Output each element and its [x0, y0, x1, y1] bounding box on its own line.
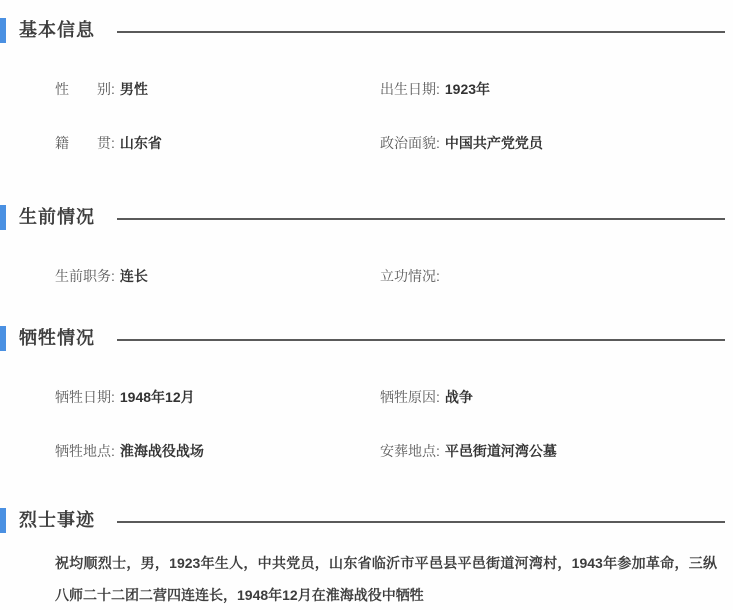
section-header-basic-info: 基本信息: [0, 18, 733, 43]
field-gender: 性 别:男性: [55, 81, 380, 97]
section-before-death: 生前情况 生前职务:连长 立功情况:: [0, 205, 733, 284]
martyr-biography: 祝均顺烈士，男，1923年生人，中共党员，山东省临沂市平邑县平邑街道河湾村，19…: [55, 547, 717, 610]
section-title: 生前情况: [19, 205, 95, 230]
field-label: 牺牲日期:: [55, 389, 115, 405]
section-deeds: 烈士事迹 祝均顺烈士，男，1923年生人，中共党员，山东省临沂市平邑县平邑街道河…: [0, 508, 733, 610]
field-label: 籍 贯:: [55, 135, 115, 151]
accent-bar: [0, 326, 6, 351]
accent-bar: [0, 508, 6, 533]
accent-bar: [0, 205, 6, 230]
field-grid-before-death: 生前职务:连长 立功情况:: [0, 268, 733, 284]
field-value: 1948年12月: [120, 389, 195, 405]
field-label: 立功情况:: [380, 268, 440, 284]
field-label: 牺牲地点:: [55, 443, 115, 459]
accent-bar: [0, 18, 6, 43]
field-merit-record: 立功情况:: [380, 268, 733, 284]
field-value: 男性: [120, 81, 148, 97]
field-value: 战争: [445, 389, 473, 405]
field-burial-place: 安葬地点:平邑街道河湾公墓: [380, 443, 733, 459]
field-grid-sacrifice: 牺牲日期:1948年12月 牺牲原因:战争 牺牲地点:淮海战役战场 安葬地点:平…: [0, 389, 733, 459]
field-position-before-death: 生前职务:连长: [55, 268, 380, 284]
field-native-place: 籍 贯:山东省: [55, 135, 380, 151]
field-sacrifice-place: 牺牲地点:淮海战役战场: [55, 443, 380, 459]
field-value: 1923年: [445, 81, 490, 97]
divider-line: [117, 339, 725, 341]
field-political-status: 政治面貌:中国共产党党员: [380, 135, 733, 151]
section-basic-info: 基本信息 性 别:男性 出生日期:1923年 籍 贯:山东省 政治面貌:中国共产…: [0, 18, 733, 151]
divider-line: [117, 521, 725, 523]
field-grid-basic: 性 别:男性 出生日期:1923年 籍 贯:山东省 政治面貌:中国共产党党员: [0, 81, 733, 151]
field-label: 生前职务:: [55, 268, 115, 284]
divider-line: [117, 218, 725, 220]
field-value: 中国共产党党员: [445, 135, 543, 151]
field-label: 出生日期:: [380, 81, 440, 97]
field-label: 政治面貌:: [380, 135, 440, 151]
field-sacrifice-date: 牺牲日期:1948年12月: [55, 389, 380, 405]
martyr-detail-page: 基本信息 性 别:男性 出生日期:1923年 籍 贯:山东省 政治面貌:中国共产…: [0, 0, 733, 610]
field-label: 牺牲原因:: [380, 389, 440, 405]
field-value: 淮海战役战场: [120, 443, 204, 459]
field-value: 连长: [120, 268, 148, 284]
section-header-sacrifice: 牺牲情况: [0, 326, 733, 351]
section-sacrifice: 牺牲情况 牺牲日期:1948年12月 牺牲原因:战争 牺牲地点:淮海战役战场 安…: [0, 326, 733, 459]
field-label: 安葬地点:: [380, 443, 440, 459]
section-title: 烈士事迹: [19, 508, 95, 533]
divider-line: [117, 31, 725, 33]
section-header-deeds: 烈士事迹: [0, 508, 733, 533]
section-title: 基本信息: [19, 18, 95, 43]
field-value: 平邑街道河湾公墓: [445, 443, 557, 459]
field-sacrifice-cause: 牺牲原因:战争: [380, 389, 733, 405]
field-birth-date: 出生日期:1923年: [380, 81, 733, 97]
field-value: 山东省: [120, 135, 162, 151]
section-title: 牺牲情况: [19, 326, 95, 351]
section-header-before-death: 生前情况: [0, 205, 733, 230]
field-label: 性 别:: [55, 81, 115, 97]
